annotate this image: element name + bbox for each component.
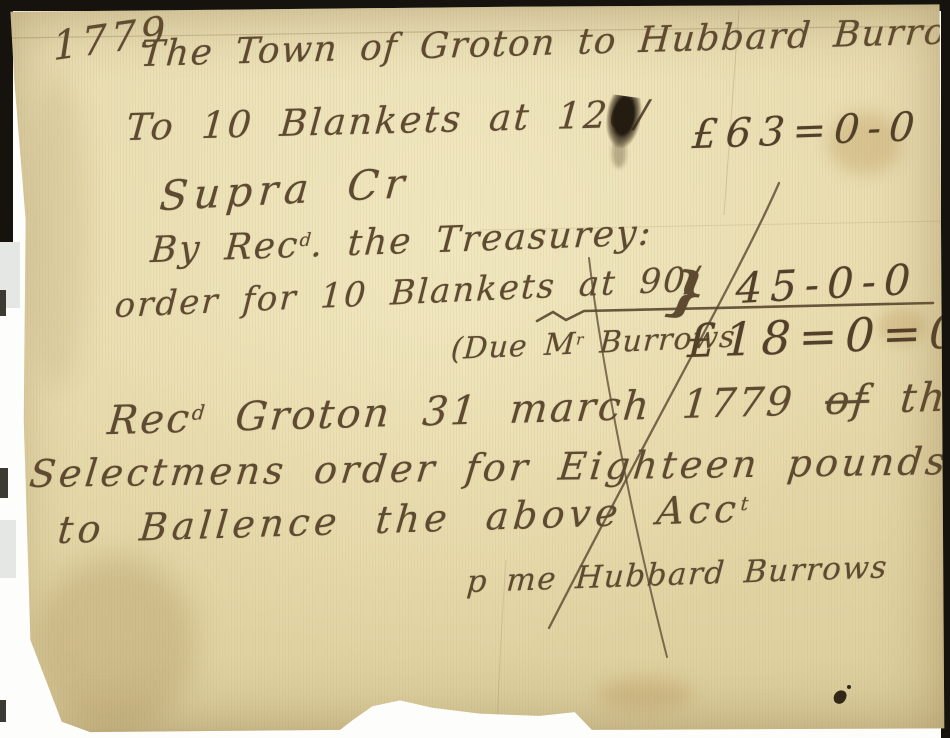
receipt-line3-superscript: t — [740, 493, 750, 515]
paper-stain — [598, 678, 693, 710]
credit-order-amount: 45-0-0 — [735, 254, 919, 313]
debit-amount: £63=0-0 — [691, 104, 924, 158]
receipt-line-1: Recd Groton 31 march 1779 of the — [106, 374, 950, 444]
ink-speck — [832, 688, 848, 705]
scanned-document: 1779 The Town of Groton to Hubbard Burro… — [0, 0, 950, 738]
debit-line: To 10 Blankets at 126/ — [125, 92, 653, 149]
scanner-edge-mark — [0, 468, 8, 498]
scanner-edge-left — [0, 0, 13, 242]
paper-sheet: 1779 The Town of Groton to Hubbard Burro… — [0, 0, 950, 738]
scanner-edge-mark — [0, 700, 6, 722]
due-amount: £18=0=0 — [686, 304, 950, 368]
receipt-post: the — [867, 374, 950, 423]
ink-blot-smear — [612, 138, 626, 168]
receipt-line3-text: to Ballence the above Acc — [56, 487, 742, 553]
receipt-mid: Groton 31 march 1779 — [202, 378, 828, 441]
paper-stain — [36, 555, 196, 730]
struck-word: of — [823, 377, 871, 424]
credit-order-line: order for 10 Blankets at 90/ — [114, 259, 702, 326]
paper-stain — [26, 78, 90, 388]
receipt-line-2: Selectmens order for Eighteen pounds — [27, 439, 950, 496]
signature-name: Hubbard Burrows — [574, 549, 889, 596]
heading-line: The Town of Groton to Hubbard Burrows Dr — [139, 8, 950, 75]
due-pre: (Due M — [450, 327, 577, 368]
backing-board — [0, 520, 16, 578]
signature-prefix: p me — [465, 560, 576, 600]
heading-text: The Town of Groton to Hubbard Burrows D — [139, 9, 950, 76]
receipt-pre: Rec — [106, 396, 194, 444]
supra-credit-line: Supra Cr — [158, 159, 413, 220]
ink-speck-dot — [847, 685, 851, 689]
signature-line: p me Hubbard Burrows — [465, 549, 889, 600]
credit-header-post: . the Treasurey: — [309, 212, 654, 265]
credit-header-line: By Recd. the Treasurey: — [149, 212, 654, 271]
credit-header-pre: By Rec — [149, 225, 301, 271]
receipt-line-3: to Ballence the above Acct — [56, 486, 750, 552]
scanner-edge-mark — [0, 290, 6, 316]
